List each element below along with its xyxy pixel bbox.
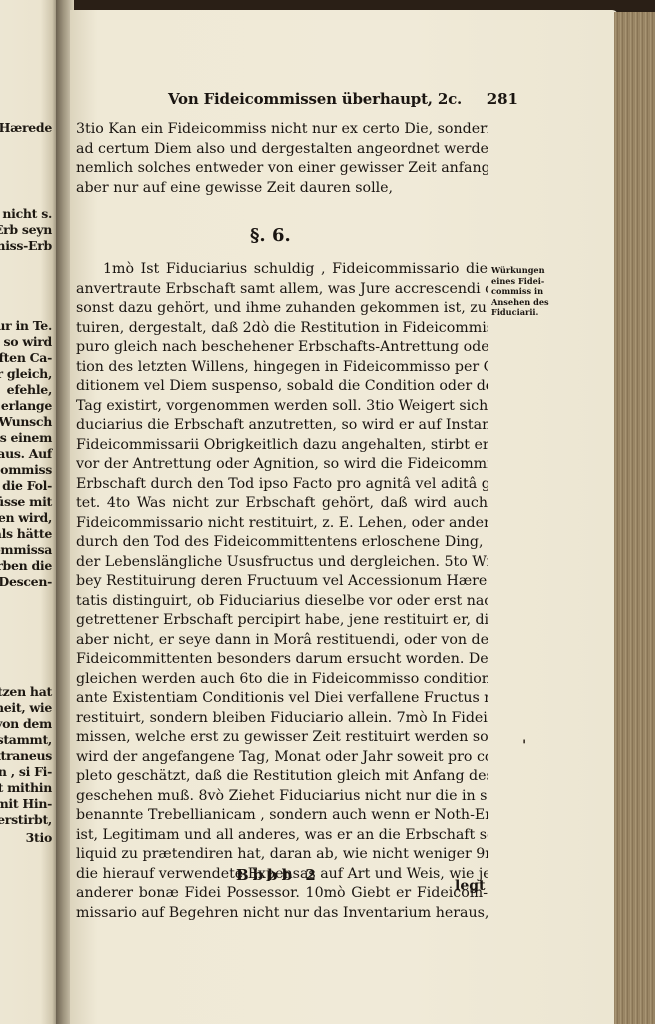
left-page-text-fragment: r gleich,: [0, 366, 52, 381]
left-page-text-fragment: Erben die: [0, 558, 52, 573]
left-page-text-fragment: on , si Fi-: [0, 764, 52, 779]
text-line: missen, welche erst zu gewisser Zeit res…: [76, 728, 488, 748]
text-line: ante Existentiam Conditionis vel Diei ve…: [76, 689, 488, 709]
text-line: restituirt, sondern bleiben Fiduciario a…: [76, 709, 488, 729]
text-line: wird der angefangene Tag, Monat oder Jah…: [76, 748, 488, 768]
left-page-text-fragment: efehle,: [7, 382, 52, 397]
text-line: benannte Trebellianicam , sondern auch w…: [76, 806, 488, 826]
left-page-text-fragment: s die Fol-: [0, 478, 52, 493]
text-line: nemlich solches entweder von einer gewis…: [76, 159, 488, 179]
left-page-text-fragment: ommissa: [0, 542, 52, 557]
left-page-text-fragment: , so wird: [0, 334, 52, 349]
left-page-text-fragment: Erb seyn: [0, 222, 52, 237]
text-line: 1mò Ist Fiduciarius schuldig , Fideicomm…: [76, 260, 488, 280]
text-line: vor der Antrettung oder Agnition, so wir…: [76, 455, 488, 475]
left-page-text-fragment: verstirbt,: [0, 812, 52, 827]
left-page-fragment: Hæredenicht s.Erb seynmiss-Erbur in Te.,…: [0, 0, 58, 1024]
text-line: getrettener Erbschaft percipirt habe, je…: [76, 611, 488, 631]
running-header: Von Fideicommissen überhaupt, 2c. 281: [168, 90, 518, 110]
left-page-text-fragment: tes einem: [0, 430, 52, 445]
left-page-text-fragment: lt mithin: [0, 780, 52, 795]
page-number: 281: [487, 90, 518, 108]
left-page-text-fragment: nicht s.: [2, 206, 52, 221]
text-line: tatis distinguirt, ob Fiduciarius diesel…: [76, 592, 488, 612]
text-line: tuiren, dergestalt, daß 2dò die Restitut…: [76, 319, 488, 339]
left-page-text-fragment: ur in Te.: [0, 318, 52, 333]
text-line: tet. 4to Was nicht zur Erbschaft gehört,…: [76, 494, 488, 514]
text-line: gleichen werden auch 6to die in Fideicom…: [76, 670, 488, 690]
text-line: aber nur auf eine gewisse Zeit dauren so…: [76, 179, 488, 199]
left-page-text-fragment: miss-Erb: [0, 238, 52, 253]
left-page-text-fragment: Wunsch: [0, 414, 52, 429]
intro-paragraph: 3tio Kan ein Fideicommiss nicht nur ex c…: [76, 120, 488, 198]
text-line: pleto geschätzt, daß die Restitution gle…: [76, 767, 488, 787]
left-page-text-fragment: ften Ca-: [0, 350, 52, 365]
catchword: legt: [455, 878, 485, 894]
text-line: geschehen muß. 8vò Ziehet Fiduciarius ni…: [76, 787, 488, 807]
left-page-text-fragment: aus. Auf: [0, 446, 52, 461]
section-heading: §. 6.: [250, 225, 291, 246]
text-line: Fideicommissarii Obrigkeitlich dazu ange…: [76, 436, 488, 456]
text-line: puro gleich nach beschehener Erbschafts-…: [76, 338, 488, 358]
running-title: Von Fideicommissen überhaupt, 2c.: [168, 90, 462, 108]
left-page-text-fragment: Hærede: [0, 120, 52, 135]
text-line: liquid zu prætendiren hat, daran ab, wie…: [76, 845, 488, 865]
bleed-through-mark: ': [522, 738, 526, 754]
signature-mark: Bbbb 2: [236, 866, 320, 884]
text-line: ditionem vel Diem suspenso, sobald die C…: [76, 377, 488, 397]
text-line: 3tio Kan ein Fideicommiss nicht nur ex c…: [76, 120, 488, 140]
text-line: Fideicommittenten besonders darum ersuch…: [76, 650, 488, 670]
text-line: anderer bonæ Fidei Possessor. 10mò Giebt…: [76, 884, 488, 904]
text-line: missario auf Begehren nicht nur das Inve…: [76, 904, 488, 924]
text-line: sonst dazu gehört, und ihme zuhanden gek…: [76, 299, 488, 319]
text-line: Tag existirt, vorgenommen werden soll. 3…: [76, 397, 488, 417]
text-line: der Lebenslängliche Ususfructus und derg…: [76, 553, 488, 573]
section-paragraph: 1mò Ist Fiduciarius schuldig , Fideicomm…: [76, 260, 488, 923]
text-line: Fideicommissario nicht restituirt, z. E.…: [76, 514, 488, 534]
left-page-text-fragment: bstammt,: [0, 732, 52, 747]
left-page-text-fragment: als hätte: [0, 526, 52, 541]
text-line: ist, Legitimam und all anderes, was er a…: [76, 826, 488, 846]
text-line: Erbschaft durch den Tod ipso Facto pro a…: [76, 475, 488, 495]
text-line: duciarius die Erbschaft anzutretten, so …: [76, 416, 488, 436]
left-page-text-fragment: gen wird,: [0, 510, 52, 525]
left-page-text-fragment: commiss: [0, 462, 52, 477]
text-line: bey Restituirung deren Fructuum vel Acce…: [76, 572, 488, 592]
text-line: anvertraute Erbschaft samt allem, was Ju…: [76, 280, 488, 300]
left-page-text-fragment: von dem: [0, 716, 52, 731]
text-line: aber nicht, er seye dann in Morâ restitu…: [76, 631, 488, 651]
text-line: durch den Tod des Fideicommittentens erl…: [76, 533, 488, 553]
left-page-text-fragment: Extraneus: [0, 748, 52, 763]
text-line: tion des letzten Willens, hingegen in Fi…: [76, 358, 488, 378]
left-page-text-fragment: Descen-: [0, 574, 52, 589]
page-edges: [614, 12, 655, 1024]
left-page-text-fragment: 3tio: [26, 830, 52, 845]
marginal-note: Würkungen eines Fidei-commiss in Ansehen…: [491, 265, 553, 318]
left-page-text-fragment: mit Hin-: [0, 796, 52, 811]
left-page-text-fragment: heit, wie: [0, 700, 52, 715]
left-page-text-fragment: sätzen hat: [0, 684, 52, 699]
left-page-text-fragment: erlange: [1, 398, 52, 413]
left-page-text-fragment: hlüsse mit: [0, 494, 52, 509]
text-line: ad certum Diem also und dergestalten ang…: [76, 140, 488, 160]
